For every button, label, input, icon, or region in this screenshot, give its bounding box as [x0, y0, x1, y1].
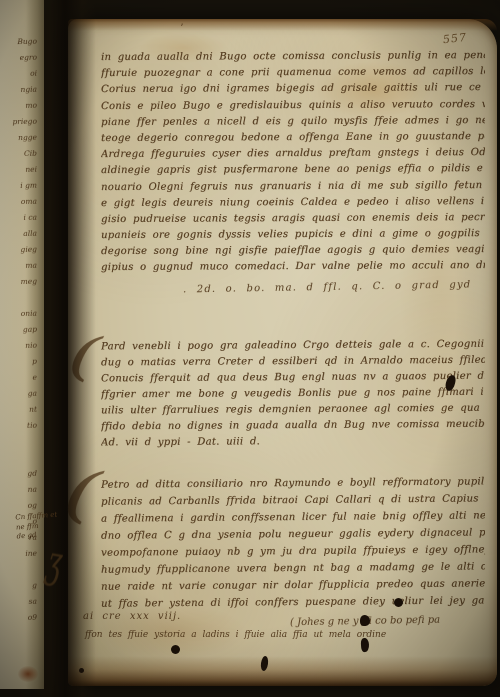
closing-date-line: ai cre xxx viij. — [83, 611, 181, 622]
paragraph-bracket: ( — [60, 464, 104, 526]
text-line: nouario Olegni fegruis nus granuaris i n… — [101, 177, 485, 195]
pen-trial-mark: ʼ — [180, 23, 183, 34]
facing-page-fragment: i ca — [0, 210, 44, 227]
facing-page-fragment: alla — [0, 226, 44, 243]
facing-page-fragment: priego — [0, 114, 44, 131]
paragraph-bracket: ( — [65, 330, 103, 384]
facing-page-fragment: na — [0, 482, 44, 499]
facing-page-fragment: gd — [0, 466, 44, 483]
facing-page-fragment: p — [0, 354, 44, 371]
text-line: Corius nerua igo dni igrames bigegis ad … — [101, 80, 485, 98]
facing-page-fragment: ine — [0, 546, 44, 563]
entry-1-text: in guada aualla dni Bugo octe comissa co… — [101, 49, 485, 276]
facing-page-fragment: sa — [0, 594, 44, 611]
facing-page-fragment: oi — [0, 66, 44, 83]
text-line: aldinegie gapris gist pusfermarone bene … — [101, 161, 485, 179]
postscript-line: ffon tes ffuie ystoria a ladins i ffuie … — [85, 630, 386, 640]
facing-page-fragment: tio — [0, 418, 44, 435]
facing-page-fragment: nt — [0, 402, 44, 419]
facing-page-fragment — [0, 290, 44, 307]
margin-flourish: ʒ — [43, 537, 66, 590]
entry-3-text: Petro ad ditta consiliario nro Raymundo … — [101, 475, 485, 611]
facing-page-fragment: onia — [0, 306, 44, 323]
facing-page-fragment: Bugo — [0, 34, 44, 51]
browned-top-edge — [68, 19, 497, 31]
facing-page-fragment: nei — [0, 162, 44, 179]
facing-page-fragment: gap — [0, 322, 44, 339]
facing-page-fragment: mo — [0, 98, 44, 115]
facing-page-fragment: ngge — [0, 130, 44, 147]
worm-hole — [171, 645, 180, 654]
folio-number: 557 — [442, 31, 467, 46]
worm-hole — [79, 668, 84, 673]
browned-bottom-edge — [68, 656, 497, 686]
entry-2-text: Pard venebli i pogo gra galeadino Crgo d… — [101, 338, 485, 450]
text-line: ut ffas ber ystena di iffoi conffers pue… — [101, 592, 485, 612]
facing-page-fragment — [0, 450, 44, 467]
facing-page-fragment: i gm — [0, 178, 44, 195]
facing-page-fragment: g — [0, 578, 44, 595]
facing-page-fragment: oma — [0, 194, 44, 211]
facing-page-fragment: nio — [0, 338, 44, 355]
facing-page-fragment: o9 — [0, 610, 44, 627]
facing-page-edge: BugoegrooingiamopriegonggeCibneii gmomai… — [0, 0, 44, 689]
text-line: Conis e pileo Bugo e gredislauibus quini… — [101, 97, 485, 115]
facing-page-fragment: ngia — [0, 82, 44, 99]
text-line: e gigt legis deureis niung coeinis Calde… — [101, 194, 485, 212]
facing-page-fragment: meg — [0, 274, 44, 291]
manuscript-photo: BugoegrooingiamopriegonggeCibneii gmomai… — [0, 0, 500, 697]
edge-damage-spot — [18, 666, 38, 682]
facing-page-fragment: ma — [0, 258, 44, 275]
facing-page-fragment — [0, 434, 44, 451]
ink-blot — [360, 615, 370, 626]
text-line: gipius o gugnud muco comedaci. Dar valne… — [101, 258, 485, 276]
text-line: piane ffer penles a nicell d eis g quilo… — [101, 113, 485, 131]
registrar-dateline: . 2d. o. bo. ma. d ffl. q. C. o grad gyd — [183, 279, 472, 295]
facing-page-fragment — [0, 562, 44, 579]
facing-page-fragment: e — [0, 370, 44, 387]
ink-blot — [394, 598, 403, 607]
facing-page-fragment: egro — [0, 50, 44, 67]
manuscript-page: ʼ 557 in guada aualla dni Bugo octe comi… — [68, 19, 497, 686]
facing-page-fragment: gieg — [0, 242, 44, 259]
facing-page-fragment: ga — [0, 386, 44, 403]
text-line: Ad. vii d yppi - Dat. uiii d. — [101, 433, 485, 452]
facing-page-fragment: Cib — [0, 146, 44, 163]
